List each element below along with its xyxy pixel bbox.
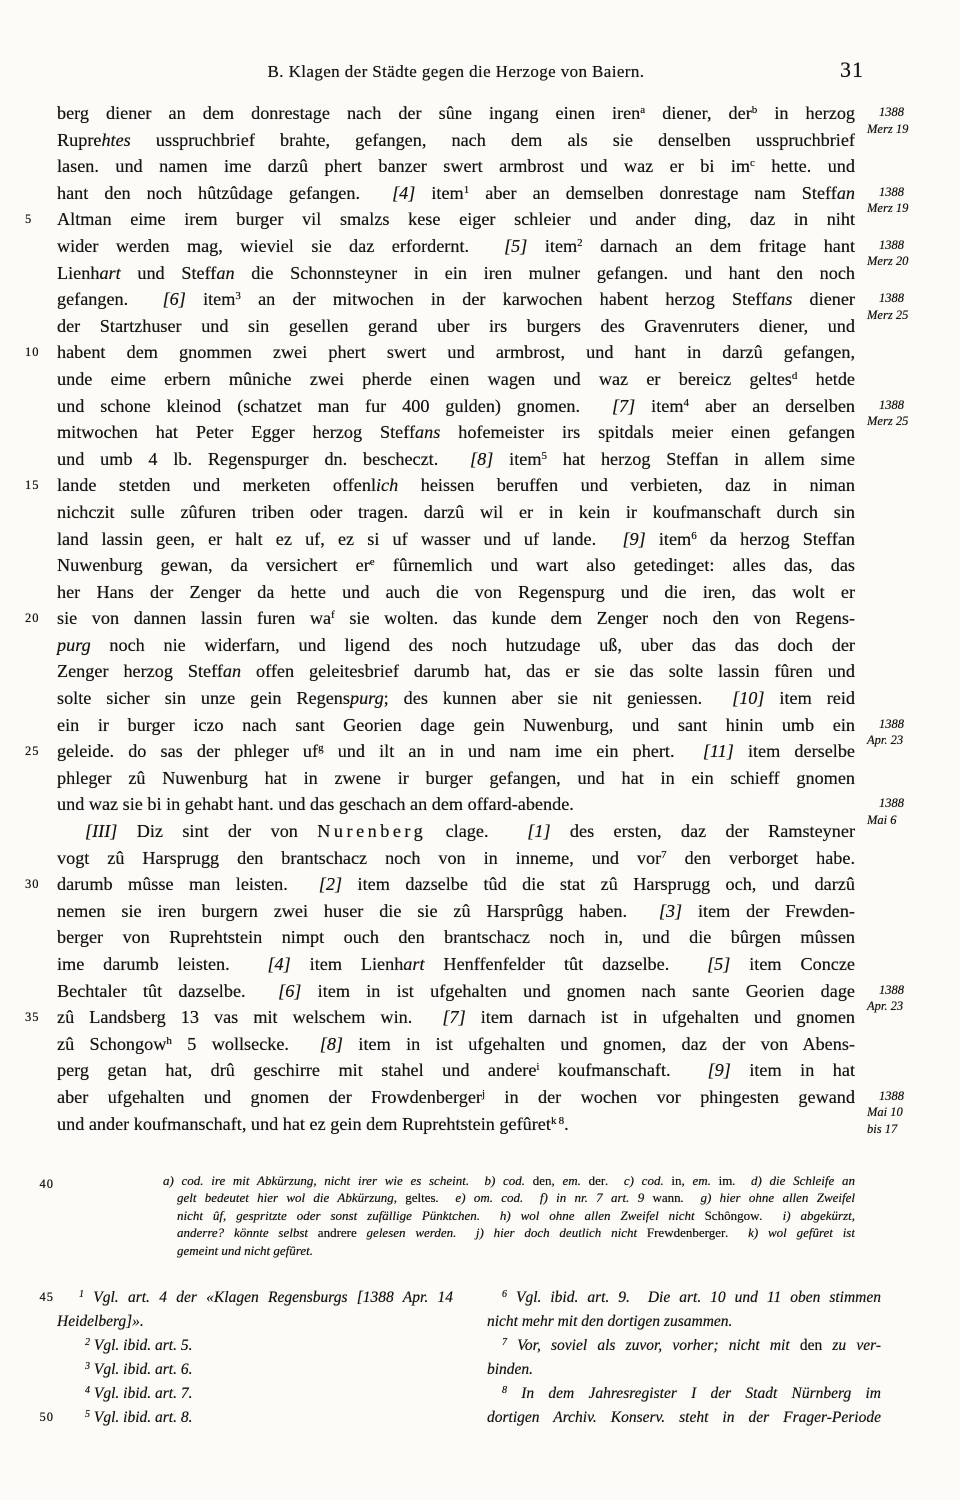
margin-date-line: Apr. 23	[863, 732, 959, 749]
margin-date-line: 1388	[863, 290, 959, 307]
margin-date-line: Apr. 23	[863, 998, 959, 1015]
body-text-line: unde eime erbern mûniche zwei pherde ein…	[57, 366, 855, 393]
body-text-line: [III] Diz sint der von Nurenberg clage. …	[57, 818, 855, 845]
footnote-line: 8 In dem Jahresregister I der Stadt Nürn…	[487, 1382, 881, 1406]
body-text-line: Lienhart und Steffan die Schonnsteyner i…	[57, 260, 855, 287]
body-text-line: nemen sie iren burgern zwei huser die si…	[57, 898, 855, 925]
body-text-line: ein ir burger iczo nach sant Georien dag…	[57, 712, 855, 739]
body-text-line: purg noch nie widerfarn, und ligend des …	[57, 632, 855, 659]
apparatus-line: nicht ûf, gespritzte oder sonst zufällig…	[163, 1207, 855, 1224]
margin-date-line: 1388	[863, 1088, 959, 1105]
body-text-line: berger von Ruprehtstein nimpt ouch den b…	[57, 924, 855, 951]
apparatus-line: anderre? könnte selbst andrere gelesen w…	[163, 1224, 855, 1241]
margin-date-line: Merz 25	[863, 413, 959, 430]
body-text-line: und waz sie bi in gehabt hant. und das g…	[57, 791, 855, 818]
body-text-line: Zenger herzog Steffan offen geleitesbrie…	[57, 658, 855, 685]
margin-date-line: Merz 25	[863, 307, 959, 324]
footnote-line: dortigen Archiv. Konserv. steht in der F…	[487, 1406, 881, 1430]
line-number: 50	[28, 1410, 54, 1425]
line-number: 45	[28, 1290, 54, 1305]
margin-date: 1388Mai 6	[863, 795, 959, 828]
apparatus-line: gemeint und nicht gefûret.	[163, 1242, 855, 1259]
margin-date: 1388Apr. 23	[863, 982, 959, 1015]
critical-apparatus-notes: a) cod. ire mit Abkürzung, nicht irer wi…	[163, 1172, 855, 1259]
line-number: 25	[25, 738, 51, 765]
body-text-line: her Hans der Zenger da hette und auch di…	[57, 579, 855, 606]
body-text-line: ime darumb leisten. [4] item Lienhart He…	[57, 951, 855, 978]
body-text-line: aber ufgehalten und gnomen der Frowdenbe…	[57, 1084, 855, 1111]
apparatus-line: a) cod. ire mit Abkürzung, nicht irer wi…	[163, 1172, 855, 1189]
body-text-line: der Startzhuser und sin gesellen gerand …	[57, 313, 855, 340]
margin-date: 1388Merz 25	[863, 290, 959, 323]
line-number: 20	[25, 605, 51, 632]
page-number: 31	[840, 57, 900, 83]
body-text-line: Bechtaler tût dazselbe. [6] item in ist …	[57, 978, 855, 1005]
footnote-line: 4 Vgl. ibid. art. 7.	[57, 1382, 453, 1406]
margin-date-line: 1388	[863, 104, 959, 121]
book-page-scan: B. Klagen der Städte gegen die Herzoge v…	[0, 0, 960, 1500]
body-text-line: wider werden mag, wieviel sie daz erford…	[57, 233, 855, 260]
body-text-line: nichczit sulle zûfuren triben oder trage…	[57, 499, 855, 526]
body-text-line: habent dem gnommen zwei phert swert und …	[57, 339, 855, 366]
line-number: 15	[25, 472, 51, 499]
line-number: 40	[28, 1177, 54, 1192]
body-text-line: perg getan hat, drû geschirre mit stahel…	[57, 1057, 855, 1084]
body-text-line: solte sicher sin unze gein Regenspurg; d…	[57, 685, 855, 712]
footnote-line: 3 Vgl. ibid. art. 6.	[57, 1358, 453, 1382]
body-text-line: und schone kleinod (schatzet man fur 400…	[57, 393, 855, 420]
line-number: 30	[25, 871, 51, 898]
margin-date-line: Mai 6	[863, 812, 959, 829]
margin-date-line: 1388	[863, 184, 959, 201]
footnote-line: 5 Vgl. ibid. art. 8.	[57, 1406, 453, 1430]
margin-date-line: 1388	[863, 237, 959, 254]
body-text-line: vogt zû Harsprugg den brantschacz noch v…	[57, 845, 855, 872]
footnote-line: binden.	[487, 1358, 881, 1382]
margin-date-line: Merz 19	[863, 200, 959, 217]
margin-date: 1388Merz 25	[863, 397, 959, 430]
margin-date: 1388Merz 19	[863, 104, 959, 137]
margin-date: 1388Merz 20	[863, 237, 959, 270]
margin-date-line: 1388	[863, 716, 959, 733]
body-text-line: Altman eime irem burger vil smalzs kese …	[57, 206, 855, 233]
body-text-line: hant den noch hûtzûdage gefangen. [4] it…	[57, 180, 855, 207]
body-text-line: Ruprehtes usspruchbrief brahte, gefangen…	[57, 127, 855, 154]
line-number: 35	[25, 1004, 51, 1031]
margin-date-line: 1388	[863, 982, 959, 999]
margin-date-line: 1388	[863, 397, 959, 414]
footnote-line: Heidelberg]».	[57, 1310, 453, 1334]
body-text-line: gefangen. [6] item3 an der mitwochen in …	[57, 286, 855, 313]
body-text-line: darumb mûsse man leisten. [2] item dazse…	[57, 871, 855, 898]
body-text-line: geleide. do sas der phleger ufg und ilt …	[57, 738, 855, 765]
body-text-line: land lassin geen, er halt ez uf, ez si u…	[57, 526, 855, 553]
margin-date: 1388Apr. 23	[863, 716, 959, 749]
body-text-line: sie von dannen lassin furen waf sie wolt…	[57, 605, 855, 632]
body-text-line: zû Landsberg 13 vas mit welschem win. [7…	[57, 1004, 855, 1031]
footnote-line: nicht mehr mit den dortigen zusammen.	[487, 1310, 881, 1334]
apparatus-line: gelt bedeutet hier wol die Abkürzung, ge…	[163, 1189, 855, 1206]
body-text-line: zû Schongowh 5 wollsecke. [8] item in is…	[57, 1031, 855, 1058]
margin-date: 1388Mai 10bis 17	[863, 1088, 959, 1138]
body-text-line: lasen. und namen ime darzû phert banzer …	[57, 153, 855, 180]
margin-date: 1388Merz 19	[863, 184, 959, 217]
margin-date-line: Merz 20	[863, 253, 959, 270]
margin-date-line: bis 17	[863, 1121, 959, 1138]
footnote-line: 1 Vgl. art. 4 der «Klagen Regensburgs [1…	[57, 1286, 453, 1310]
body-text-line: berg diener an dem donrestage nach der s…	[57, 100, 855, 127]
body-text-line: und ander koufmanschaft, und hat ez gein…	[57, 1111, 855, 1138]
footnote-line: 7 Vor, soviel als zuvor, vorher; nicht m…	[487, 1334, 881, 1358]
line-number: 10	[25, 339, 51, 366]
running-header: B. Klagen der Städte gegen die Herzoge v…	[57, 62, 855, 82]
body-text-line: mitwochen hat Peter Egger herzog Steffan…	[57, 419, 855, 446]
line-number: 5	[25, 206, 51, 233]
margin-date-line: Mai 10	[863, 1104, 959, 1121]
body-text-line: und umb 4 lb. Regenspurger dn. bescheczt…	[57, 446, 855, 473]
footnote-line: 6 Vgl. ibid. art. 9. Die art. 10 und 11 …	[487, 1286, 881, 1310]
footnote-line: 2 Vgl. ibid. art. 5.	[57, 1334, 453, 1358]
footnotes-right-column: 6 Vgl. ibid. art. 9. Die art. 10 und 11 …	[487, 1286, 881, 1430]
body-text-line: phleger zû Nuwenburg hat in zwene ir bur…	[57, 765, 855, 792]
body-text-line: Nuwenburg gewan, da versichert ere fûrne…	[57, 552, 855, 579]
footnotes-left-column: 1 Vgl. art. 4 der «Klagen Regensburgs [1…	[57, 1286, 453, 1430]
margin-date-line: 1388	[863, 795, 959, 812]
margin-date-line: Merz 19	[863, 121, 959, 138]
main-text-block: berg diener an dem donrestage nach der s…	[57, 100, 855, 1137]
body-text-line: lande stetden und merketen offenlich hei…	[57, 472, 855, 499]
